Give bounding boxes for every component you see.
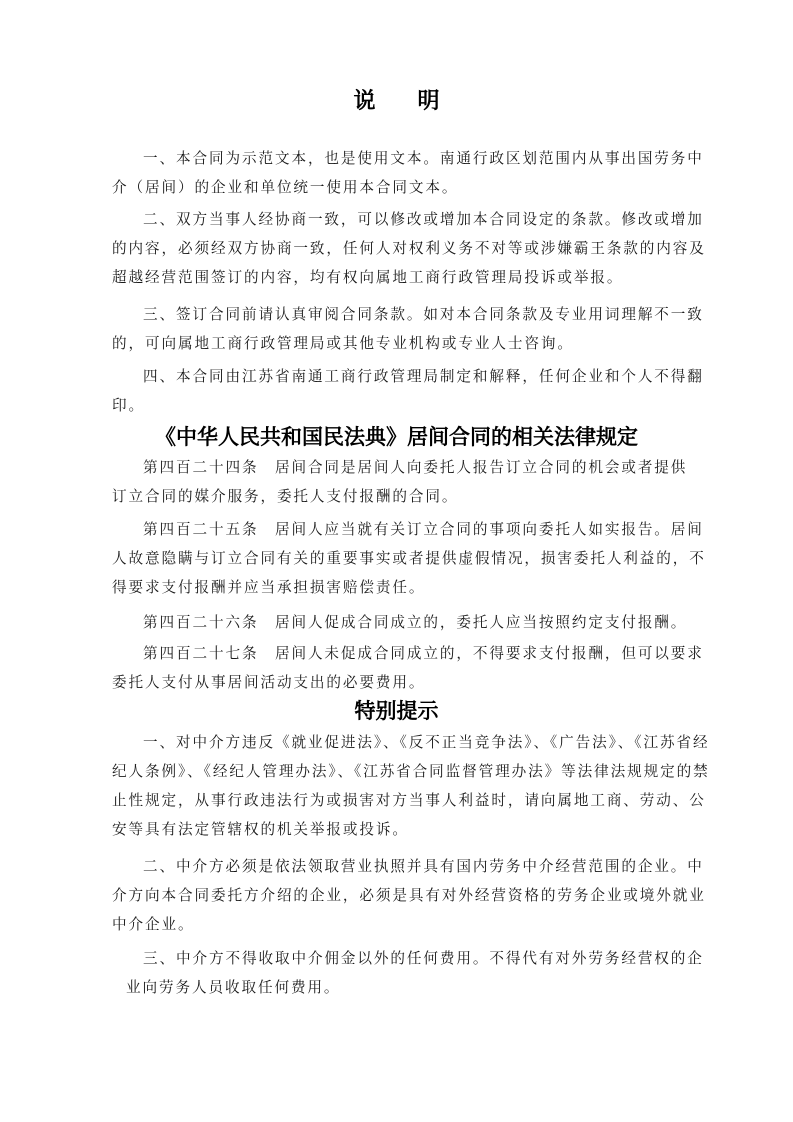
text-line: 三、中介方不得收取中介佣金以外的任何费用。不得代有对外劳务经营权的企 <box>112 944 684 973</box>
explanation-title-right: 明 <box>418 89 440 114</box>
special-notice-item-3: 三、中介方不得收取中介佣金以外的任何费用。不得代有对外劳务经营权的企 业向劳务人… <box>112 944 684 1002</box>
explanation-title: 说明 <box>0 84 793 115</box>
text-line: 纪人条例》、《经纪人管理办法》、《江苏省合同监督管理办法》等法律法规规定的禁 <box>112 757 684 786</box>
text-line: 委托人支付从事居间活动支出的必要费用。 <box>112 668 684 697</box>
text-line: 一、本合同为示范文本，也是使用文本。南通行政区划范围内从事出国劳务中 <box>112 144 684 173</box>
civil-code-article-426: 第四百二十六条 居间人促成合同成立的，委托人应当按照约定支付报酬。 <box>112 608 684 637</box>
text-line: 的，可向属地工商行政管理局或其他专业机构或专业人士咨询。 <box>112 329 684 358</box>
text-line: 第四百二十六条 居间人促成合同成立的，委托人应当按照约定支付报酬。 <box>112 608 684 637</box>
text-line: 超越经营范围签订的内容，均有权向属地工商行政管理局投诉或举报。 <box>112 263 684 292</box>
text-line: 第四百二十四条 居间合同是居间人向委托人报告订立合同的机会或者提供 <box>112 453 684 482</box>
explanation-paragraph-1: 一、本合同为示范文本，也是使用文本。南通行政区划范围内从事出国劳务中 介（居间）… <box>112 144 684 202</box>
explanation-paragraph-2: 二、双方当事人经协商一致，可以修改或增加本合同设定的条款。修改或增加 的内容，必… <box>112 205 684 292</box>
text-line: 得要求支付报酬并应当承担损害赔偿责任。 <box>112 573 684 602</box>
civil-code-title: 《中华人民共和国民法典》居间合同的相关法律规定 <box>0 421 793 451</box>
text-line: 止性规定，从事行政违法行为或损害对方当事人利益时，请向属地工商、劳动、公 <box>112 786 684 815</box>
text-line: 第四百二十七条 居间人未促成合同成立的，不得要求支付报酬，但可以要求 <box>112 639 684 668</box>
explanation-title-left: 说 <box>353 89 375 114</box>
document-page: 说明 一、本合同为示范文本，也是使用文本。南通行政区划范围内从事出国劳务中 介（… <box>0 0 793 1122</box>
explanation-paragraph-4: 四、本合同由江苏省南通工商行政管理局制定和解释，任何企业和个人不得翻 印。 <box>112 362 684 420</box>
text-line: 四、本合同由江苏省南通工商行政管理局制定和解释，任何企业和个人不得翻 <box>112 362 684 391</box>
special-notice-title: 特别提示 <box>0 695 793 725</box>
text-line: 业向劳务人员收取任何费用。 <box>112 973 684 1002</box>
text-line: 的内容，必须经双方协商一致，任何人对权利义务不对等或涉嫌霸王条款的内容及 <box>112 234 684 263</box>
text-line: 订立合同的媒介服务，委托人支付报酬的合同。 <box>112 482 684 511</box>
text-line: 中介企业。 <box>112 910 684 939</box>
text-line: 三、签订合同前请认真审阅合同条款。如对本合同条款及专业用词理解不一致 <box>112 300 684 329</box>
special-notice-item-2: 二、中介方必须是依法领取营业执照并具有国内劳务中介经营范围的企业。中 介方向本合… <box>112 852 684 939</box>
civil-code-article-424: 第四百二十四条 居间合同是居间人向委托人报告订立合同的机会或者提供 订立合同的媒… <box>112 453 684 511</box>
civil-code-article-425: 第四百二十五条 居间人应当就有关订立合同的事项向委托人如实报告。居间 人故意隐瞒… <box>112 515 684 602</box>
text-line: 介方向本合同委托方介绍的企业，必须是具有对外经营资格的劳务企业或境外就业 <box>112 881 684 910</box>
explanation-paragraph-3: 三、签订合同前请认真审阅合同条款。如对本合同条款及专业用词理解不一致 的，可向属… <box>112 300 684 358</box>
special-notice-item-1: 一、对中介方违反《就业促进法》、《反不正当竞争法》、《广告法》、《江苏省经 纪人… <box>112 728 684 844</box>
text-line: 第四百二十五条 居间人应当就有关订立合同的事项向委托人如实报告。居间 <box>112 515 684 544</box>
text-line: 安等具有法定管辖权的机关举报或投诉。 <box>112 815 684 844</box>
text-line: 二、中介方必须是依法领取营业执照并具有国内劳务中介经营范围的企业。中 <box>112 852 684 881</box>
text-line: 一、对中介方违反《就业促进法》、《反不正当竞争法》、《广告法》、《江苏省经 <box>112 728 684 757</box>
text-line: 印。 <box>112 391 684 420</box>
text-line: 二、双方当事人经协商一致，可以修改或增加本合同设定的条款。修改或增加 <box>112 205 684 234</box>
text-line: 介（居间）的企业和单位统一使用本合同文本。 <box>112 173 684 202</box>
civil-code-article-427: 第四百二十七条 居间人未促成合同成立的，不得要求支付报酬，但可以要求 委托人支付… <box>112 639 684 697</box>
text-line: 人故意隐瞒与订立合同有关的重要事实或者提供虚假情况，损害委托人利益的，不 <box>112 544 684 573</box>
